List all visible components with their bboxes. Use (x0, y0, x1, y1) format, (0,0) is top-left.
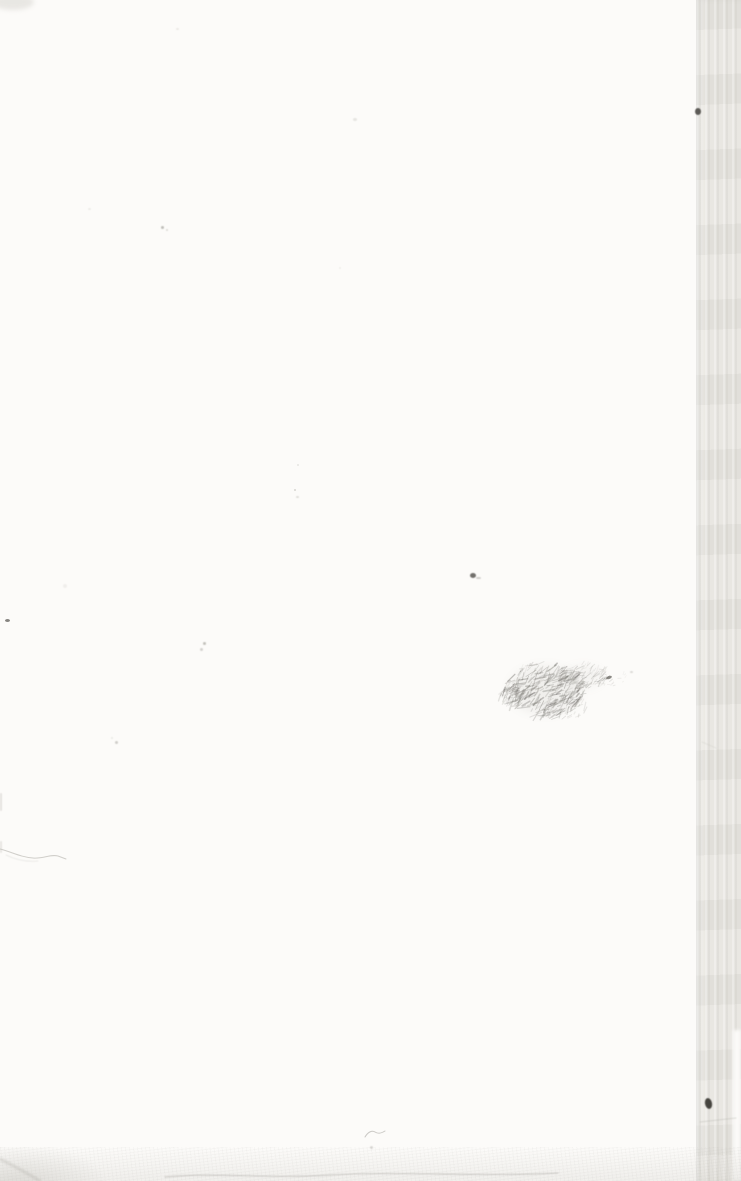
smudge-stroke (529, 674, 538, 683)
dust-speck (0, 793, 2, 811)
smudge-stroke (520, 690, 523, 692)
smudge-stroke (593, 679, 597, 684)
smudge-stroke (557, 676, 564, 684)
smudge-stroke (515, 686, 524, 688)
smudge-stroke (505, 701, 517, 704)
dust-speck (294, 489, 296, 491)
smudge-stroke (515, 691, 519, 693)
smudge-stroke (559, 668, 562, 676)
dust-speck (200, 648, 203, 651)
smudge-stroke (566, 671, 568, 677)
smudge-stroke (577, 693, 580, 696)
smudge-stroke (572, 699, 577, 700)
smudge-stroke (577, 700, 580, 701)
smudge-stroke (512, 685, 514, 691)
smudge-stroke (521, 669, 523, 671)
smudge-stroke (577, 687, 583, 688)
smudge-stroke (567, 672, 571, 682)
smudge-stroke (575, 701, 578, 706)
smudge-stroke (558, 684, 564, 685)
smudge-stroke (567, 676, 572, 680)
smudge-stroke (513, 683, 525, 685)
smudge-stroke (515, 693, 519, 698)
smudge-stroke (516, 694, 518, 700)
smudge-stroke (527, 688, 528, 691)
smudge-stroke (519, 692, 522, 699)
smudge-stroke (529, 694, 532, 698)
smudge-stroke (580, 679, 584, 683)
smudge-stroke (518, 672, 520, 676)
smudge-stroke (503, 694, 504, 696)
smudge-stroke (573, 678, 575, 684)
smudge-stroke (512, 687, 520, 695)
smudge-stroke (566, 688, 572, 691)
smudge-stroke (550, 698, 553, 700)
top-left-corner-smudge (0, 0, 34, 10)
smudge-stroke (544, 709, 550, 710)
smudge-stroke (572, 696, 580, 703)
smudge-stroke (504, 683, 510, 692)
smudge-stroke (580, 682, 583, 688)
smudge-stroke (537, 697, 539, 702)
smudge-stroke (563, 675, 566, 677)
smudge-stroke (534, 690, 538, 696)
smudge-stroke (552, 679, 562, 681)
smudge-stroke (544, 676, 551, 686)
scanned-page (0, 0, 741, 1181)
smudge-stroke (554, 699, 557, 703)
smudge-stroke (517, 701, 520, 705)
smudge-stroke (569, 670, 571, 675)
smudge-stroke (516, 678, 520, 686)
dust-speck (115, 741, 118, 744)
dust-speck (111, 737, 113, 739)
smudge-stroke (522, 692, 524, 695)
smudge-stroke (515, 690, 526, 695)
smudge-underlay (509, 666, 581, 714)
smudge-stroke (545, 699, 549, 707)
smudge-stroke (575, 680, 583, 689)
smudge-stroke (534, 694, 540, 705)
smudge-stroke (602, 675, 604, 676)
smudge-stroke (545, 678, 555, 684)
smudge-stroke (554, 684, 561, 688)
smudge-stroke (522, 705, 526, 707)
smudge-stroke (561, 699, 567, 702)
smudge-stroke (582, 661, 584, 665)
smudge-stroke (540, 689, 543, 691)
smudge-stroke (553, 712, 555, 713)
smudge-stroke (512, 687, 516, 689)
smudge-stroke (547, 706, 549, 710)
smudge-stroke (587, 662, 589, 667)
smudge-stroke (548, 696, 552, 704)
smudge-stroke (571, 709, 572, 712)
smudge-stroke (540, 698, 542, 700)
smudge-stroke (548, 704, 555, 708)
smudge-stroke (560, 713, 562, 715)
smudge-stroke (575, 696, 583, 705)
smudge-stroke (586, 685, 589, 689)
smudge-stroke (588, 663, 591, 666)
smudge-stroke (573, 697, 581, 707)
smudge-stroke (567, 715, 571, 717)
smudge-stroke (577, 681, 583, 689)
smudge-stroke (555, 709, 559, 714)
smudge-stroke (509, 683, 515, 690)
dust-speck (88, 208, 91, 210)
smudge-stroke (547, 685, 553, 686)
smudge-stroke (516, 701, 519, 709)
smudge-stroke (572, 701, 579, 707)
smudge-stroke (521, 693, 525, 695)
smudge-stroke (597, 665, 599, 672)
smudge-stroke (605, 668, 607, 671)
smudge-stroke (573, 673, 576, 676)
smudge-stroke (509, 688, 519, 691)
smudge-stroke (550, 699, 556, 704)
smudge-stroke (555, 708, 557, 710)
smudge-stroke (562, 667, 567, 673)
smudge-stroke (548, 712, 550, 713)
smudge-stroke (505, 687, 509, 689)
smudge-stroke (576, 704, 582, 706)
smudge-stroke (536, 699, 541, 710)
smudge-stroke (599, 676, 603, 677)
smudge-stroke (600, 670, 604, 676)
smudge-stroke (579, 705, 580, 707)
smudge-stroke (547, 703, 551, 706)
smudge-stroke (520, 668, 525, 669)
smudge-stroke (577, 671, 579, 673)
smudge-stroke (566, 692, 570, 693)
smudge-stroke (508, 674, 515, 681)
smudge-stroke (581, 692, 583, 700)
smudge-stroke (559, 705, 562, 710)
smudge-stroke (560, 711, 566, 713)
smudge-stroke (515, 678, 517, 688)
smudge-stroke (595, 680, 602, 684)
smudge-stroke (513, 681, 519, 692)
smudge-stroke (574, 673, 580, 680)
smudge-stroke (594, 674, 600, 677)
smudge-stroke (528, 682, 532, 689)
smudge-stroke (574, 700, 580, 707)
smudge-stroke (544, 710, 545, 713)
smudge-stroke (544, 710, 545, 713)
dust-speck (370, 1146, 373, 1149)
smudge-stroke (557, 672, 567, 677)
smudge-stroke (531, 698, 535, 703)
smudge-stroke (549, 665, 556, 672)
dust-speck (176, 28, 179, 30)
smudge-stroke (583, 678, 587, 679)
smudge-stroke (564, 682, 566, 688)
smudge-stroke (502, 689, 513, 692)
smudge-stroke (582, 664, 586, 670)
smudge-stroke (551, 705, 552, 708)
smudge-stroke (556, 667, 560, 677)
smudge-stroke (509, 701, 513, 705)
smudge-stroke (507, 693, 509, 694)
smudge-stroke (507, 689, 511, 695)
smudge-stroke (562, 716, 566, 719)
smudge-stroke (518, 703, 521, 705)
smudge-stroke (526, 670, 536, 676)
dust-speck (203, 642, 206, 645)
smudge-stroke (547, 710, 549, 714)
smudge-stroke (506, 691, 508, 697)
smudge-stroke (567, 677, 574, 682)
smudge-stroke (577, 673, 583, 674)
dust-speck (166, 229, 168, 231)
smudge-stroke (559, 678, 566, 679)
smudge-stroke (555, 680, 562, 691)
smudge-stroke (559, 667, 563, 671)
smudge-stroke (543, 714, 545, 717)
smudge-stroke (581, 699, 583, 703)
smudge-stroke (599, 680, 603, 681)
smudge-stroke (520, 690, 524, 698)
smudge-stroke (534, 683, 540, 686)
smudge-stroke (514, 687, 519, 690)
smudge-stroke (517, 692, 521, 695)
smudge-stroke (560, 677, 562, 681)
smudge-stroke (506, 689, 510, 691)
smudge-stroke (567, 700, 569, 704)
smudge-stroke (555, 700, 558, 702)
smudge-stroke (599, 669, 603, 670)
smudge-stroke (576, 699, 578, 706)
smudge-stroke (511, 686, 514, 688)
smudge-stroke (563, 691, 566, 699)
smudge-stroke (502, 699, 506, 704)
smudge-stroke (548, 697, 550, 699)
smudge-stroke (569, 697, 576, 698)
smudge-stroke (571, 699, 577, 709)
smudge-stroke (515, 688, 518, 695)
smudge-stroke (598, 682, 600, 686)
smudge-stroke (563, 696, 566, 704)
smudge-stroke (570, 670, 575, 679)
smudge-stroke (517, 707, 530, 709)
smudge-stroke (558, 700, 563, 701)
smudge-stroke (623, 671, 624, 674)
smudge-stroke (522, 701, 530, 706)
smudge-stroke (523, 692, 525, 695)
smudge-stroke (593, 664, 595, 665)
smudge-stroke (553, 666, 559, 674)
smudge-stroke (525, 682, 533, 683)
smudge-stroke (515, 691, 518, 692)
smudge-stroke (519, 698, 521, 700)
smudge-stroke (569, 668, 574, 669)
smudge-stroke (600, 672, 606, 678)
smudge-stroke (570, 690, 578, 698)
smudge-stroke (531, 666, 539, 676)
smudge-stroke (540, 673, 547, 677)
smudge-stroke (578, 698, 581, 702)
smudge-stroke (556, 714, 560, 716)
smudge-stroke (566, 684, 573, 686)
dust-speck (5, 619, 10, 622)
smudge-stroke (531, 709, 533, 712)
smudge-stroke (555, 663, 557, 665)
smudge-stroke (507, 700, 510, 706)
smudge-stroke (520, 697, 524, 699)
smudge-stroke (565, 679, 574, 682)
smudge-stroke (529, 677, 535, 682)
smudge-stroke (582, 682, 584, 684)
smudge-stroke (561, 681, 563, 686)
smudge-stroke (559, 694, 569, 703)
smudge-stroke (547, 665, 556, 671)
smudge-stroke (568, 674, 573, 676)
smudge-stroke (549, 675, 559, 683)
smudge-stroke (570, 706, 576, 708)
smudge-stroke (536, 687, 543, 690)
smudge-stroke (560, 673, 565, 676)
dust-speck (161, 226, 164, 229)
smudge-stroke (576, 715, 581, 717)
smudge-stroke (499, 694, 501, 701)
smudge-stroke (562, 670, 574, 671)
smudge-stroke (576, 683, 583, 689)
smudge-stroke (598, 671, 602, 674)
dust-speck (630, 671, 633, 673)
smudge-stroke (564, 703, 567, 704)
smudge-stroke (572, 665, 577, 668)
smudge-stroke (545, 675, 554, 684)
dust-speck (339, 267, 341, 269)
smudge-stroke (598, 679, 603, 682)
bottom-edge-shading (0, 1147, 741, 1181)
smudge-stroke (566, 686, 570, 692)
dust-speck (63, 584, 67, 588)
smudge-stroke (516, 685, 521, 696)
smudge-stroke (545, 703, 555, 709)
smudge-stroke (603, 678, 605, 681)
smudge-stroke (505, 680, 514, 683)
smudge-stroke (506, 697, 518, 698)
smudge-stroke (570, 678, 575, 685)
smudge-stroke (527, 668, 530, 671)
smudge-stroke (551, 699, 558, 705)
smudge-stroke (533, 698, 543, 706)
smudge-stroke (546, 711, 553, 716)
smudge-stroke (590, 664, 595, 669)
smudge-stroke (518, 695, 520, 700)
smudge-stroke (543, 689, 554, 691)
smudge-stroke (547, 710, 551, 716)
smudge-stroke (563, 676, 568, 678)
smudge-stroke (519, 679, 528, 680)
smudge-stroke (517, 670, 523, 679)
smudge-stroke (586, 683, 591, 688)
smudge-stroke (537, 662, 544, 665)
smudge-stroke (504, 692, 507, 699)
smudge-stroke (552, 690, 564, 694)
smudge-stroke (515, 694, 523, 702)
smudge-stroke (578, 685, 586, 688)
smudge-stroke (561, 700, 564, 707)
smudge-stroke (512, 699, 521, 702)
smudge-stroke (528, 692, 536, 695)
smudge-stroke (537, 701, 548, 708)
smudge-stroke (601, 683, 603, 684)
smudge-stroke (546, 670, 550, 672)
smudge-stroke (577, 689, 580, 693)
smudge-stroke (522, 695, 525, 699)
dust-speck (476, 577, 481, 579)
smudge-stroke (501, 688, 506, 693)
smudge-stroke (508, 701, 513, 703)
smudge-stroke (503, 690, 505, 696)
smudge-stroke (522, 693, 523, 696)
smudge-stroke (524, 693, 534, 699)
dust-speck (0, 841, 2, 853)
smudge-stroke (591, 670, 593, 675)
smudge-stroke (535, 672, 542, 673)
smudge-stroke (569, 672, 575, 676)
smudge-stroke (560, 694, 563, 702)
smudge-stroke (524, 685, 530, 692)
smudge-stroke (578, 690, 585, 701)
smudge-stroke (506, 689, 509, 695)
smudge-stroke (584, 707, 587, 713)
smudge-stroke (536, 677, 546, 679)
smudge-stroke (567, 699, 573, 706)
smudge-stroke (552, 710, 557, 713)
smudge-stroke (515, 699, 523, 704)
smudge-stroke (518, 697, 519, 699)
smudge-stroke (576, 704, 583, 707)
smudge-stroke (510, 690, 517, 694)
smudge-stroke (584, 682, 588, 684)
smudge-stroke (543, 705, 547, 713)
smudge-stroke (567, 711, 572, 713)
smudge-stroke (565, 674, 566, 676)
smudge-stroke (562, 666, 567, 669)
smudge-stroke (554, 672, 559, 678)
smudge-stroke (545, 674, 554, 676)
smudge-stroke (543, 677, 548, 678)
smudge-stroke (547, 712, 551, 714)
smudge-stroke (551, 703, 557, 705)
smudge-stroke (505, 697, 507, 698)
smudge-stroke (553, 686, 563, 690)
smudge-stroke (515, 690, 518, 702)
smudge-stroke (507, 692, 512, 695)
smudge-stroke (550, 694, 554, 695)
smudge-stroke (548, 706, 549, 709)
smudge-stroke (509, 693, 512, 700)
smudge-stroke (529, 695, 536, 698)
smudge-stroke (502, 692, 504, 697)
smudge-stroke (548, 714, 550, 718)
smudge-stroke (601, 667, 605, 674)
smudge-stroke (582, 685, 584, 691)
smudge-stroke (540, 666, 543, 674)
smudge-stroke (527, 685, 533, 688)
smudge-stroke (584, 668, 587, 669)
smudge-stroke (570, 680, 573, 683)
smudge-stroke (510, 699, 514, 711)
smudge-stroke (590, 666, 592, 671)
smudge-stroke (504, 682, 507, 693)
smudge-stroke (522, 673, 524, 681)
smudge-stroke (559, 674, 563, 681)
